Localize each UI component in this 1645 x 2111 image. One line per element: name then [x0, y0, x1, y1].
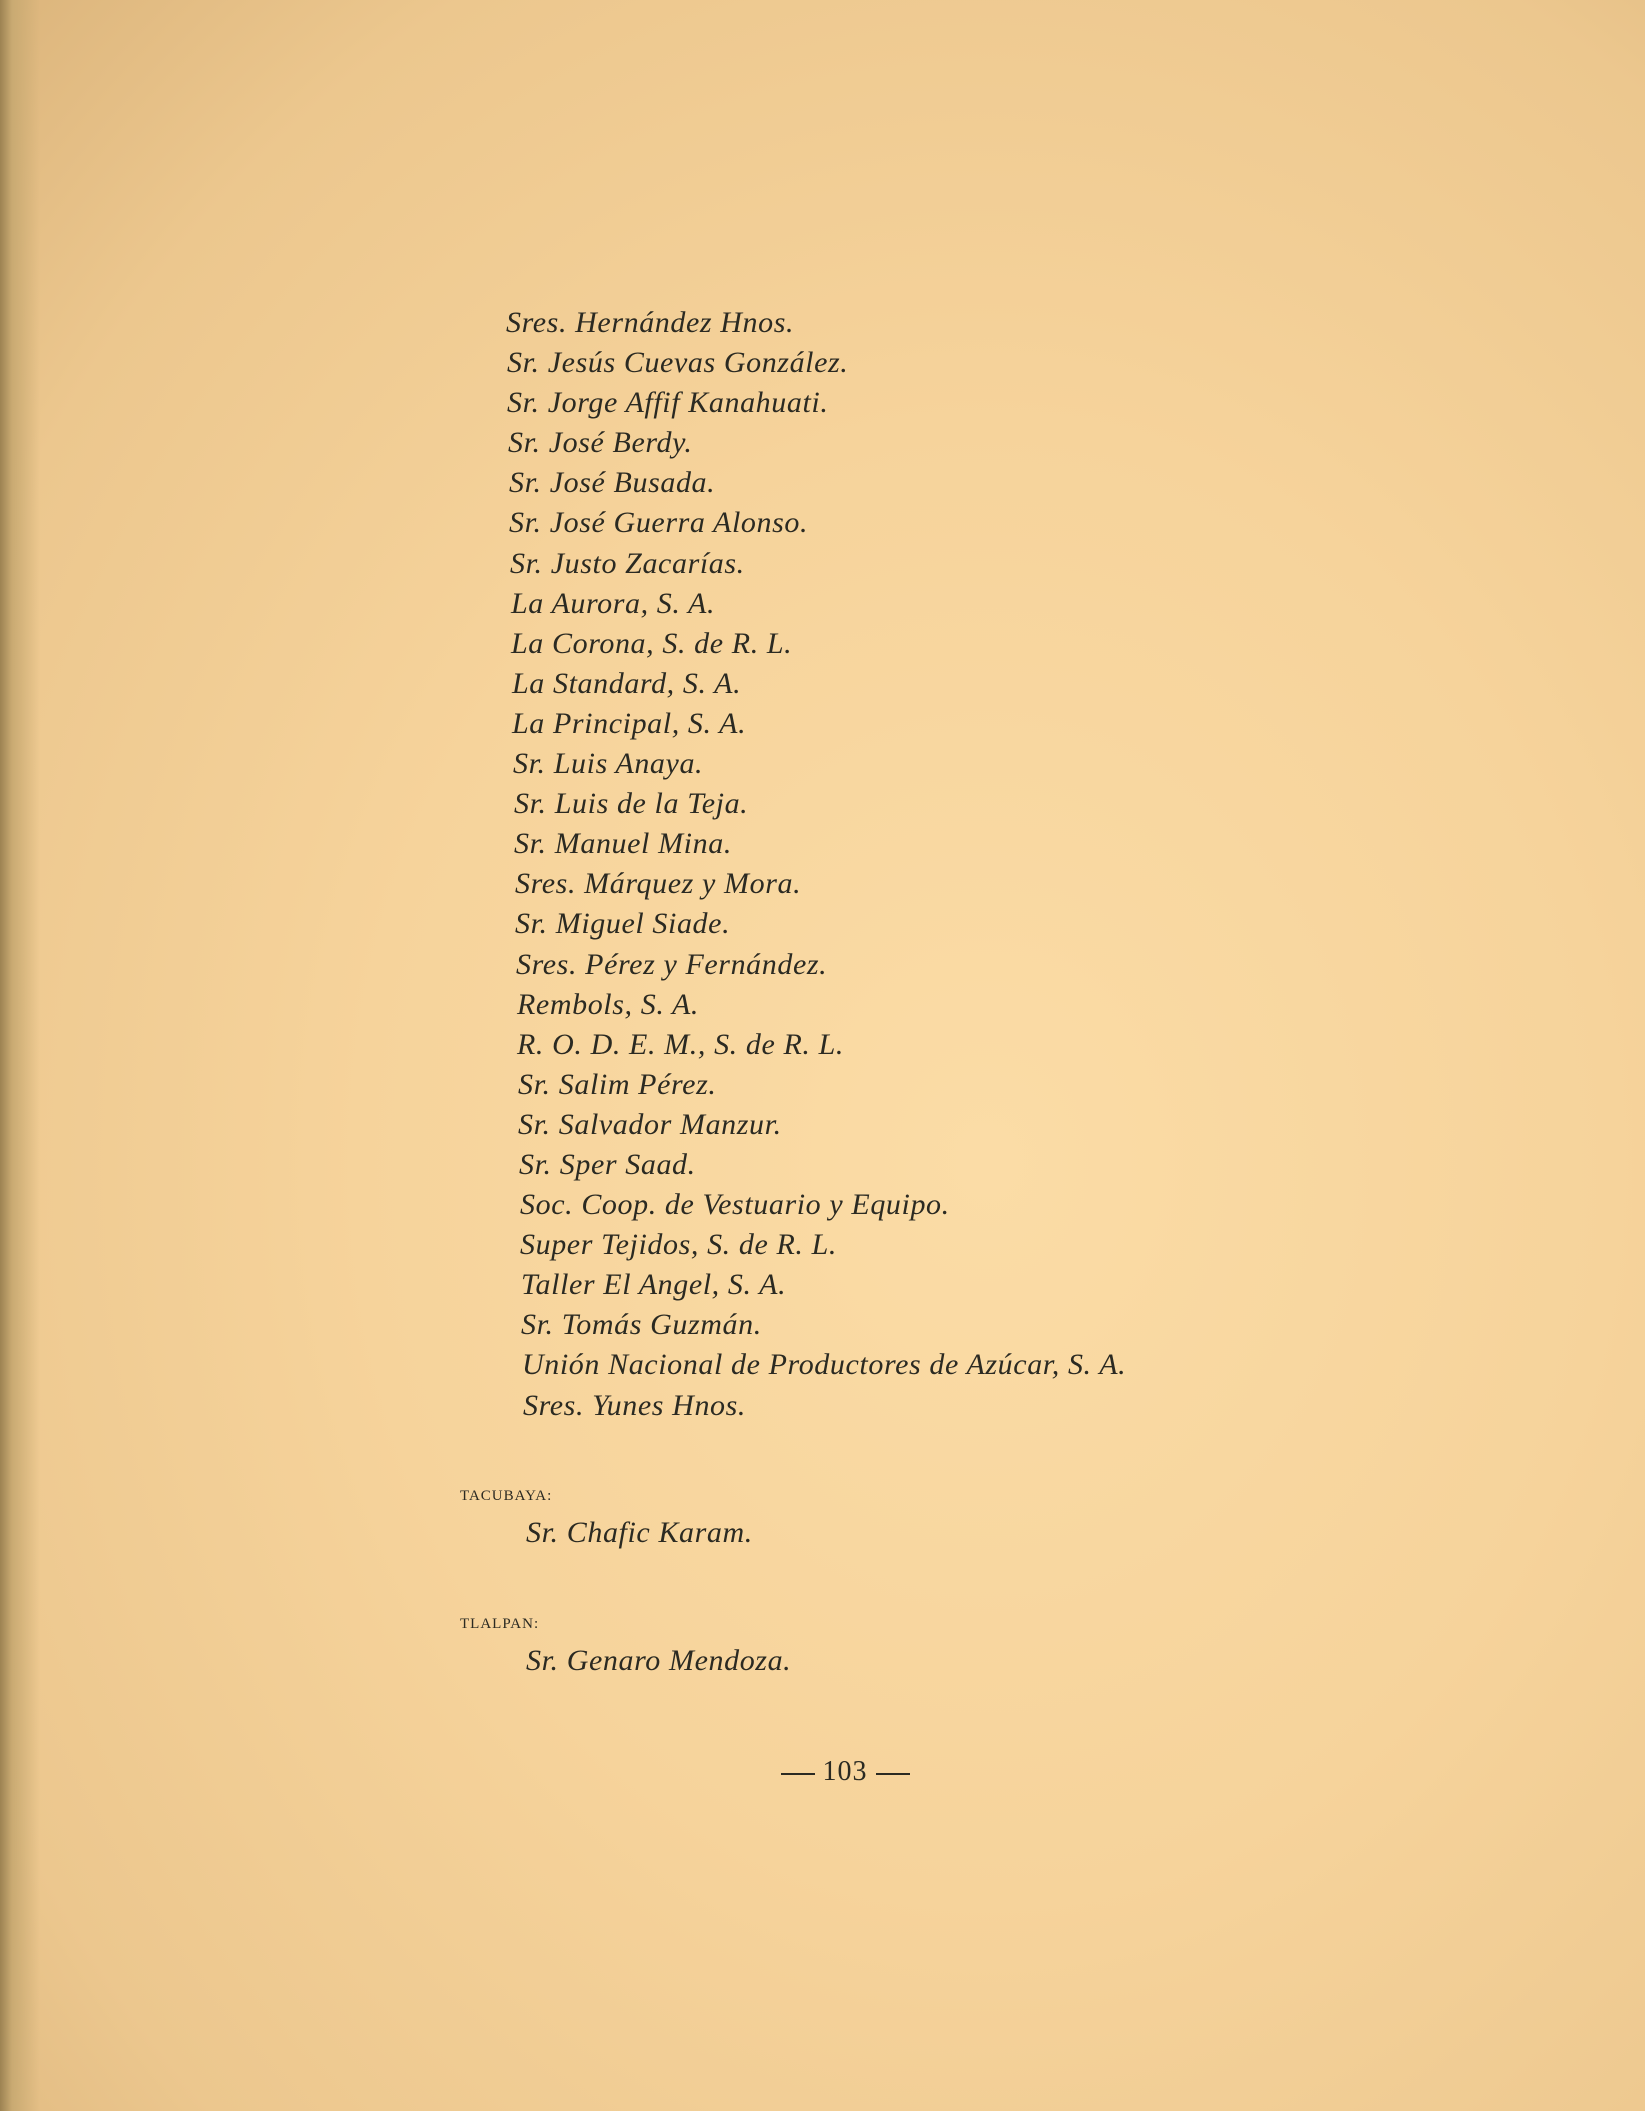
list-item: Unión Nacional de Productores de Azúcar,…	[506, 1345, 1126, 1385]
list-item: Sr. Jesús Cuevas González.	[506, 343, 1126, 383]
list-item: Sr. José Guerra Alonso.	[506, 503, 1126, 543]
list-item: La Corona, S. de R. L.	[506, 624, 1126, 664]
list-item: Rembols, S. A.	[506, 985, 1126, 1025]
document-page: Sres. Hernández Hnos. Sr. Jesús Cuevas G…	[0, 0, 1645, 2111]
list-item: Sr. Luis Anaya.	[506, 744, 1126, 784]
list-item: Sr. Luis de la Teja.	[506, 784, 1126, 824]
list-item: Sr. José Busada.	[506, 463, 1126, 503]
list-item: Sr. José Berdy.	[506, 423, 1126, 463]
list-item: Sr. Sper Saad.	[506, 1145, 1126, 1185]
list-item: Soc. Coop. de Vestuario y Equipo.	[506, 1185, 1126, 1225]
list-item: Sr. Chafic Karam.	[526, 1516, 753, 1550]
list-item: Sr. Manuel Mina.	[506, 824, 1126, 864]
list-item: Sres. Márquez y Mora.	[506, 864, 1126, 904]
list-item: Sr. Salim Pérez.	[506, 1065, 1126, 1105]
dash-ornament	[876, 1773, 910, 1775]
list-item: Taller El Angel, S. A.	[506, 1265, 1126, 1305]
list-item: Sr. Justo Zacarías.	[506, 544, 1126, 584]
list-item: La Principal, S. A.	[506, 704, 1126, 744]
page-number: 103	[823, 1756, 868, 1787]
list-item: Super Tejidos, S. de R. L.	[506, 1225, 1126, 1265]
contributor-list: Sres. Hernández Hnos. Sr. Jesús Cuevas G…	[506, 303, 1126, 1426]
list-item: Sr. Genaro Mendoza.	[526, 1644, 791, 1678]
list-item: Sr. Jorge Affif Kanahuati.	[506, 383, 1126, 423]
list-item: R. O. D. E. M., S. de R. L.	[506, 1025, 1126, 1065]
list-item: La Aurora, S. A.	[506, 584, 1126, 624]
section-tacubaya: TACUBAYA: Sr. Chafic Karam.	[460, 1480, 753, 1550]
section-heading: TACUBAYA:	[460, 1480, 753, 1506]
list-item: Sres. Pérez y Fernández.	[506, 945, 1126, 985]
section-heading: TLALPAN:	[460, 1608, 791, 1634]
list-item: Sr. Salvador Manzur.	[506, 1105, 1126, 1145]
section-tlalpan: TLALPAN: Sr. Genaro Mendoza.	[460, 1608, 791, 1678]
list-item: La Standard, S. A.	[506, 664, 1126, 704]
list-item: Sres. Yunes Hnos.	[506, 1386, 1126, 1426]
list-item: Sr. Tomás Guzmán.	[506, 1305, 1126, 1345]
dash-ornament	[781, 1773, 815, 1775]
list-item: Sr. Miguel Siade.	[506, 904, 1126, 944]
list-item: Sres. Hernández Hnos.	[506, 303, 1126, 343]
page-footer: 103	[0, 1756, 1645, 1788]
